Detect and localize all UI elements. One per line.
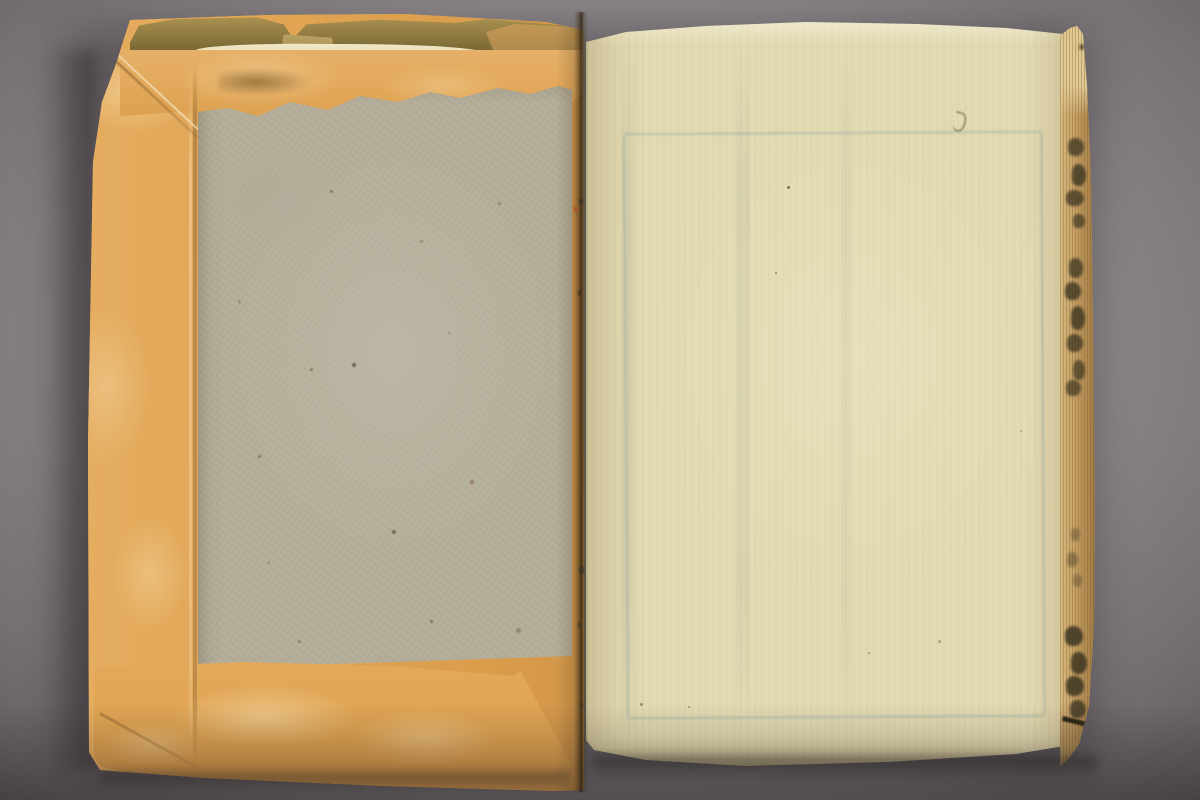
board-fleck [238,300,241,303]
page-fleck [787,186,790,189]
fore-edge-ink-mark [1069,258,1083,278]
paper-streak [841,50,851,740]
fore-edge-ink-mark [1071,306,1085,330]
board-fleck [470,480,474,484]
board-fleck [258,455,261,458]
fore-edge-ink-mark [1071,528,1080,541]
stitch-mark [578,622,581,628]
stitch-mark [574,206,578,213]
fold-crease-line [193,64,197,770]
page-fleck [688,706,690,708]
board-fleck [330,190,333,193]
grey-backing-board [198,82,572,668]
blank-end-page [586,20,1064,768]
fore-edge-ink-mark [1071,652,1087,674]
stitch-mark [579,566,584,574]
fore-edge-ink-mark [1070,700,1086,718]
inside-back-cover [86,12,584,792]
page-under-shadow [592,756,1097,778]
fore-edge-ink-mark [1073,214,1085,228]
fore-edge-ink-mark [1067,334,1083,352]
fore-edge-ink-mark [1073,360,1085,380]
fore-edge-ink-mark [1072,164,1086,186]
fold-highlight [189,72,192,762]
fore-edge-ink-mark [1066,190,1084,206]
paper-streak [736,50,750,740]
page-fleck [868,652,870,654]
cover-under-shadow [100,772,570,790]
fore-edge-ink-mark [1067,552,1078,567]
page-block-fore-edge [1060,26,1100,770]
fore-edge-ink-mark [1068,138,1084,156]
paper-streak [622,50,634,740]
board-fleck [430,620,433,623]
page-fleck [640,703,643,706]
photo-of-open-book: Antique book photographed on a grey back… [0,0,1200,800]
stitch-mark [578,290,581,296]
board-fleck [516,628,521,633]
stitch-mark [579,198,583,205]
board-fleck [420,240,423,243]
fore-edge-ink-mark [1066,380,1081,396]
show-through-frame [623,131,1046,720]
page-fleck [775,272,777,274]
stitch-mark [580,702,583,708]
page-fleck [938,640,941,643]
fiber-curl-mark [952,111,968,133]
fore-edge-ink-mark [1065,626,1083,646]
board-fleck [298,640,301,643]
fore-edge-ink-mark [1066,676,1084,696]
page-fleck [1020,430,1022,432]
brown-stain [218,68,313,96]
board-fleck [310,368,313,371]
board-fleck [392,530,396,534]
fore-edge-ink-mark [1073,574,1082,587]
binding-gutter [574,12,588,792]
board-fleck [352,363,356,367]
board-fleck [268,562,270,564]
board-fleck [448,332,450,334]
board-fleck [498,202,501,205]
fore-edge-ink-mark [1065,282,1081,300]
